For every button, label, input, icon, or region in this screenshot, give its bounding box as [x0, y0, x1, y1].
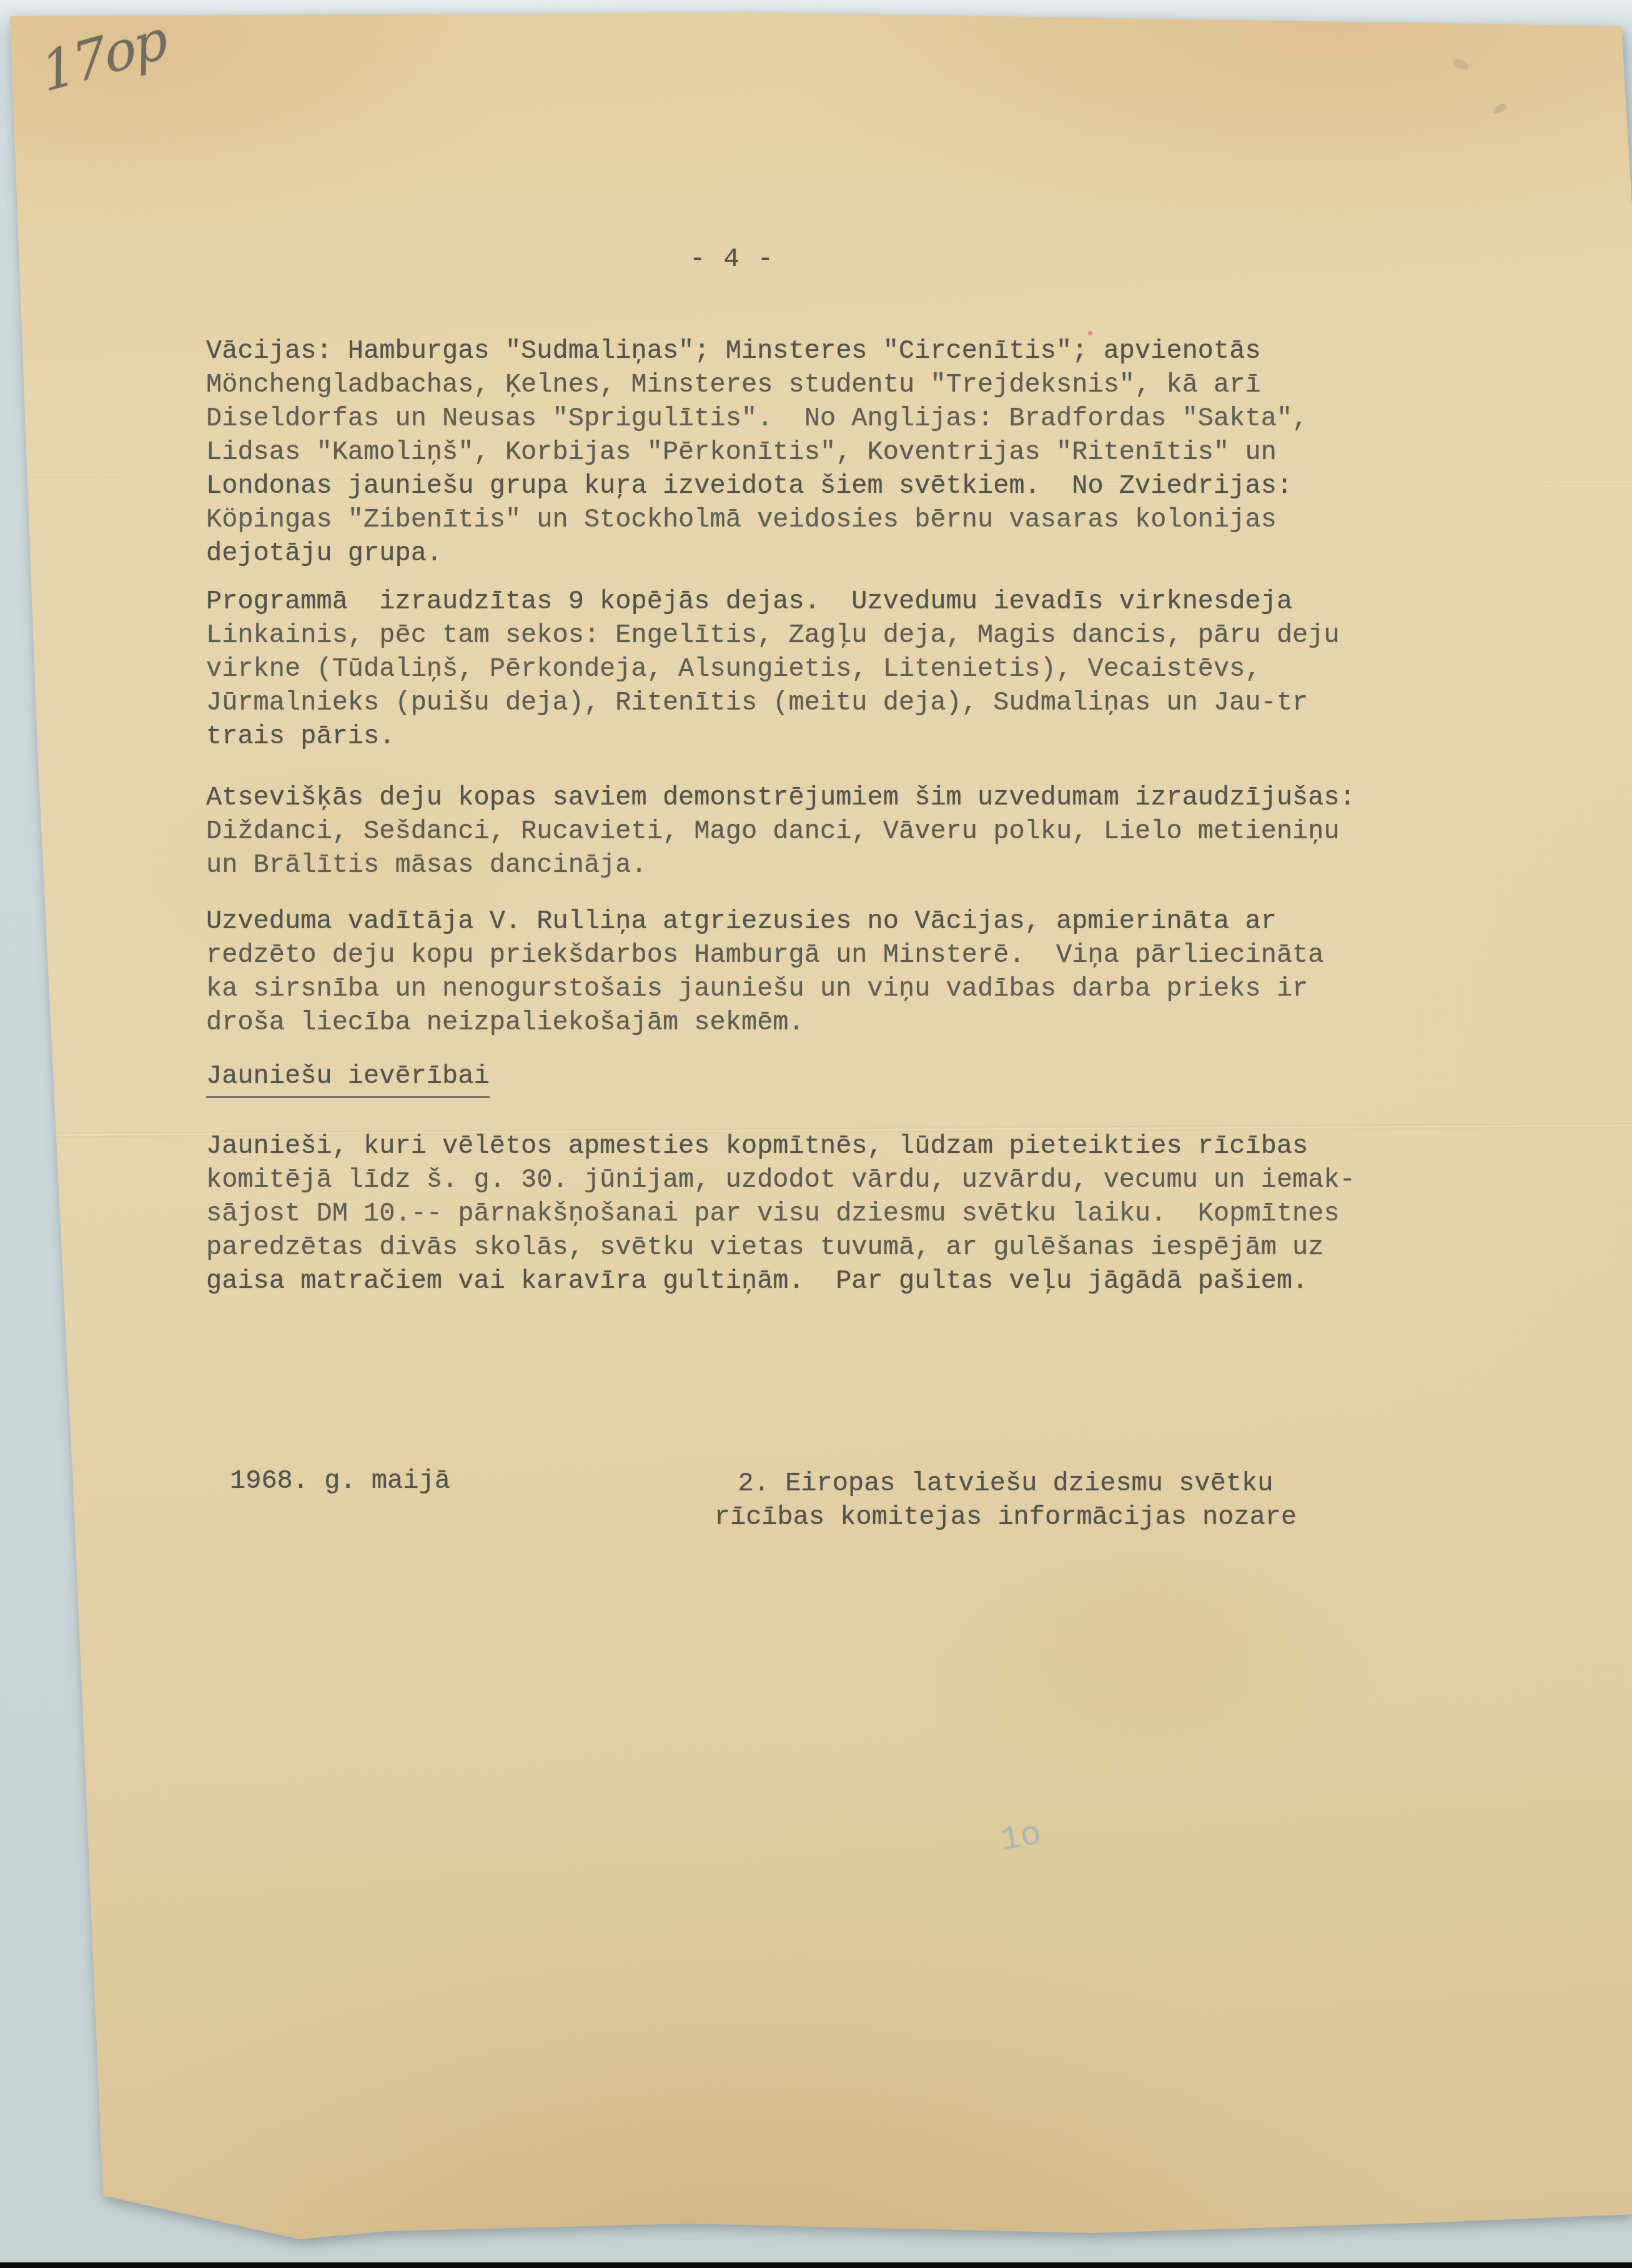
text-line: dejotāju grupa.	[206, 537, 1308, 570]
handwritten-archive-number: 17op	[37, 7, 171, 104]
text-line: ka sirsnība un nenogurstošais jauniešu u…	[206, 972, 1324, 1006]
text-line: Uzveduma vadītāja V. Rulliņa atgriezusie…	[206, 904, 1324, 938]
text-line: droša liecība neizpaliekošajām sekmēm.	[206, 1006, 1324, 1039]
text-line: paredzētas divās skolās, svētku vietas t…	[206, 1231, 1355, 1264]
faint-pencil-mark: 1o	[997, 1816, 1044, 1860]
text-line: sājost DM 10.-- pārnakšņošanai par visu …	[206, 1197, 1355, 1231]
scan-edge	[0, 2262, 1632, 2268]
paragraph-program: Programmā izraudzītas 9 kopējās dejas. U…	[206, 585, 1340, 753]
text-line: Atsevišķās deju kopas saviem demonstrēju…	[206, 781, 1355, 815]
paper-staple-mark	[1492, 102, 1509, 116]
footer-organization: 2. Eiropas latviešu dziesmu svētku rīcīb…	[706, 1467, 1305, 1534]
footer-org-line: 2. Eiropas latviešu dziesmu svētku	[706, 1467, 1305, 1500]
text-line: Londonas jauniešu grupa kuŗa izveidota š…	[206, 469, 1308, 503]
page-number: - 4 -	[690, 242, 774, 276]
paragraph-youth-notice: Jaunieši, kuri vēlētos apmesties kopmītn…	[206, 1129, 1355, 1298]
text-line: trais pāris.	[206, 720, 1340, 753]
text-line: un Brālītis māsas dancināja.	[206, 848, 1355, 882]
text-line: komitējā līdz š. g. 30. jūnijam, uzdodot…	[206, 1163, 1355, 1197]
text-line: Vācijas: Hamburgas "Sudmaliņas"; Minster…	[206, 334, 1308, 368]
paper-staple-mark	[1451, 57, 1470, 72]
paper-sheet: 17op - 4 - Vācijas: Hamburgas "Sudmaliņa…	[0, 0, 1632, 2268]
paper-surface: 17op - 4 - Vācijas: Hamburgas "Sudmaliņa…	[0, 0, 1632, 2268]
text-line: Jūrmalnieks (puišu deja), Ritenītis (mei…	[206, 686, 1340, 720]
text-line: gaisa matračiem vai karavīra gultiņām. P…	[206, 1264, 1355, 1298]
footer-org-line: rīcības komitejas informācijas nozare	[706, 1500, 1305, 1534]
footer-date: 1968. g. maijā	[230, 1464, 450, 1498]
text-line: virkne (Tūdaliņš, Pērkondeja, Alsungieti…	[206, 652, 1340, 686]
text-line: Diždanci, Sešdanci, Rucavieti, Mago danc…	[206, 815, 1355, 848]
text-line: Lidsas "Kamoliņš", Korbijas "Pērkonītis"…	[206, 435, 1308, 469]
text-line: Diseldorfas un Neusas "Sprigulītis". No …	[206, 402, 1308, 435]
text-line: Köpingas "Zibenītis" un Stockholmā veido…	[206, 503, 1308, 537]
paragraph-groups: Vācijas: Hamburgas "Sudmaliņas"; Minster…	[206, 334, 1308, 570]
paragraph-director: Uzveduma vadītāja V. Rulliņa atgriezusie…	[206, 904, 1324, 1039]
text-line: Jaunieši, kuri vēlētos apmesties kopmītn…	[206, 1129, 1355, 1163]
section-heading: Jauniešu ievērībai	[206, 1059, 490, 1098]
text-line: Linkainis, pēc tam sekos: Engelītis, Zag…	[206, 618, 1340, 652]
text-line: Mönchengladbachas, Ķelnes, Minsteres stu…	[206, 368, 1308, 402]
text-line: Programmā izraudzītas 9 kopējās dejas. U…	[206, 585, 1340, 618]
paragraph-demonstrations: Atsevišķās deju kopas saviem demonstrēju…	[206, 781, 1355, 882]
text-line: redzēto deju kopu priekšdarbos Hamburgā …	[206, 938, 1324, 972]
